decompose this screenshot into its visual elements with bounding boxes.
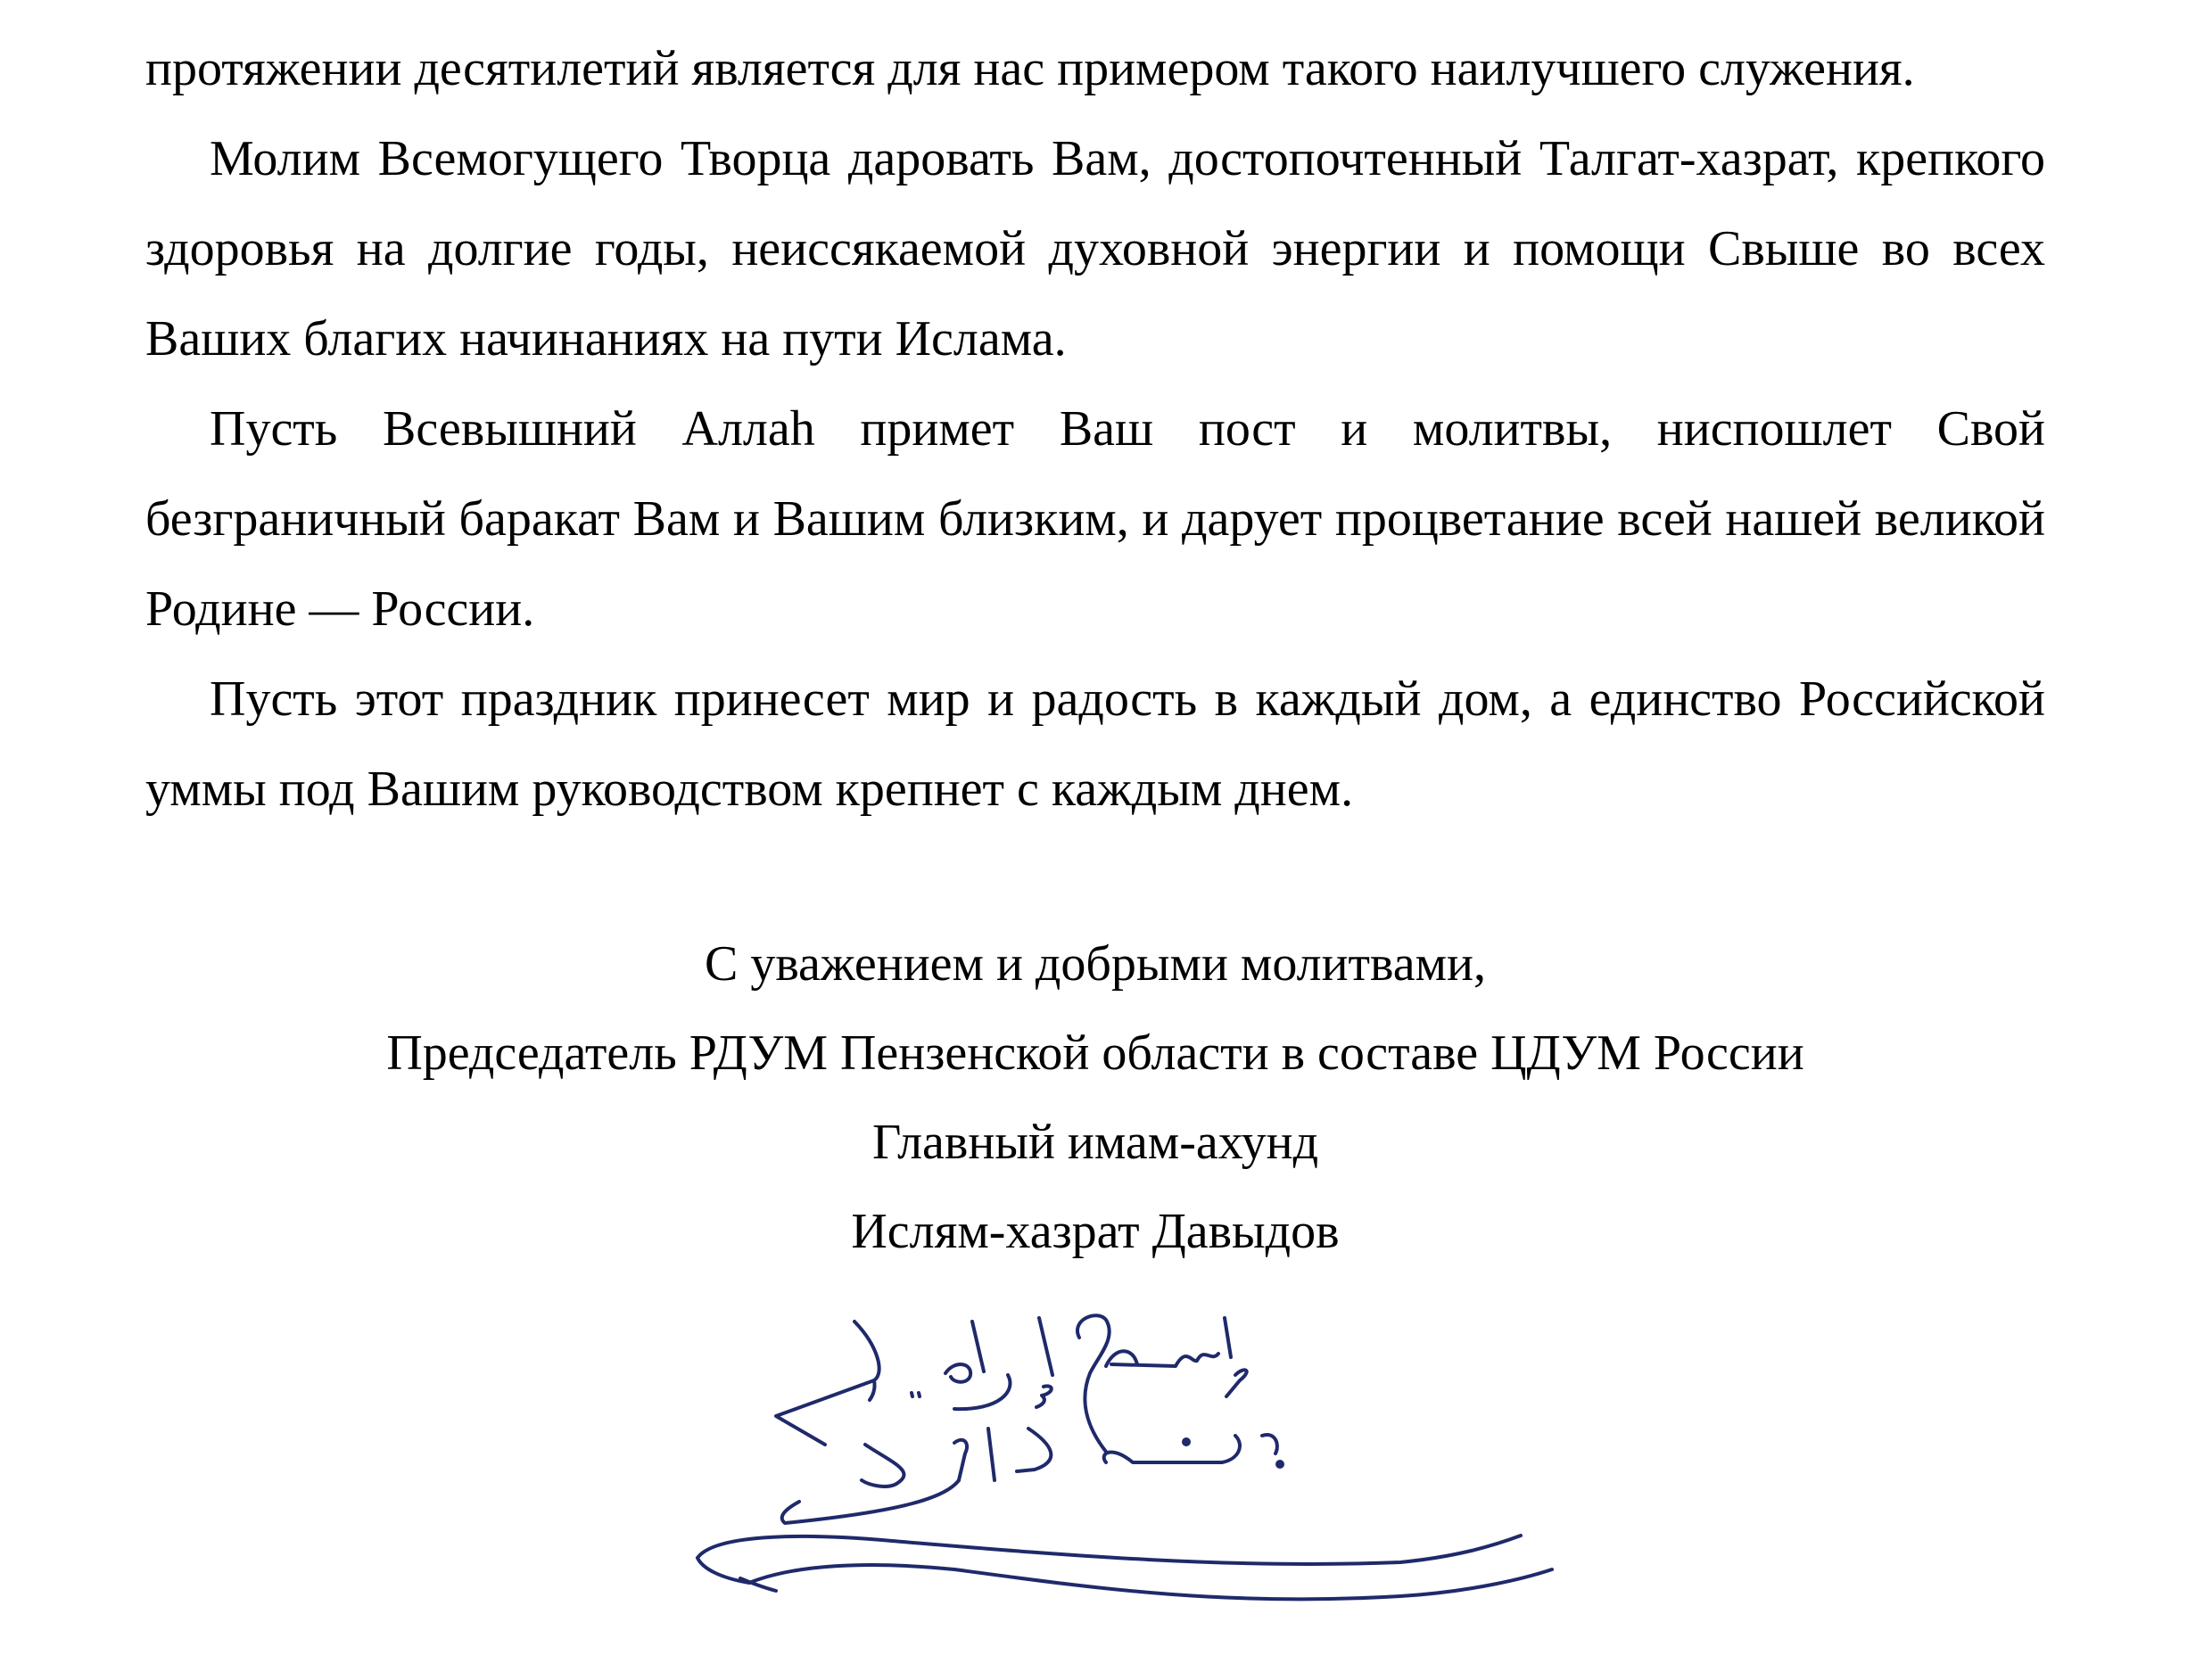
paragraph-wishes: Молим Всемогущего Творца даровать Вам, д…: [145, 114, 2045, 384]
signer-title: Главный имам-ахунд: [145, 1098, 2045, 1187]
paragraph-holiday: Пусть этот праздник принесет мир и радос…: [145, 655, 2045, 835]
letter-body: протяжении десятилетий является для нас …: [145, 24, 2045, 835]
signature-icon: [687, 1311, 1579, 1614]
document-page: протяжении десятилетий является для нас …: [0, 0, 2212, 1680]
paragraph-continued: протяжении десятилетий является для нас …: [145, 24, 2045, 114]
paragraph-prayer: Пусть Всевышний Аллаh примет Ваш пост и …: [145, 384, 2045, 655]
signer-name: Ислям-хазрат Давыдов: [145, 1187, 2045, 1276]
signature-block: С уважением и добрыми молитвами, Председ…: [145, 919, 2045, 1276]
signer-position: Председатель РДУМ Пензенской области в с…: [145, 1009, 2045, 1098]
handwritten-signature: [687, 1311, 1579, 1614]
closing-salutation: С уважением и добрыми молитвами,: [145, 919, 2045, 1009]
